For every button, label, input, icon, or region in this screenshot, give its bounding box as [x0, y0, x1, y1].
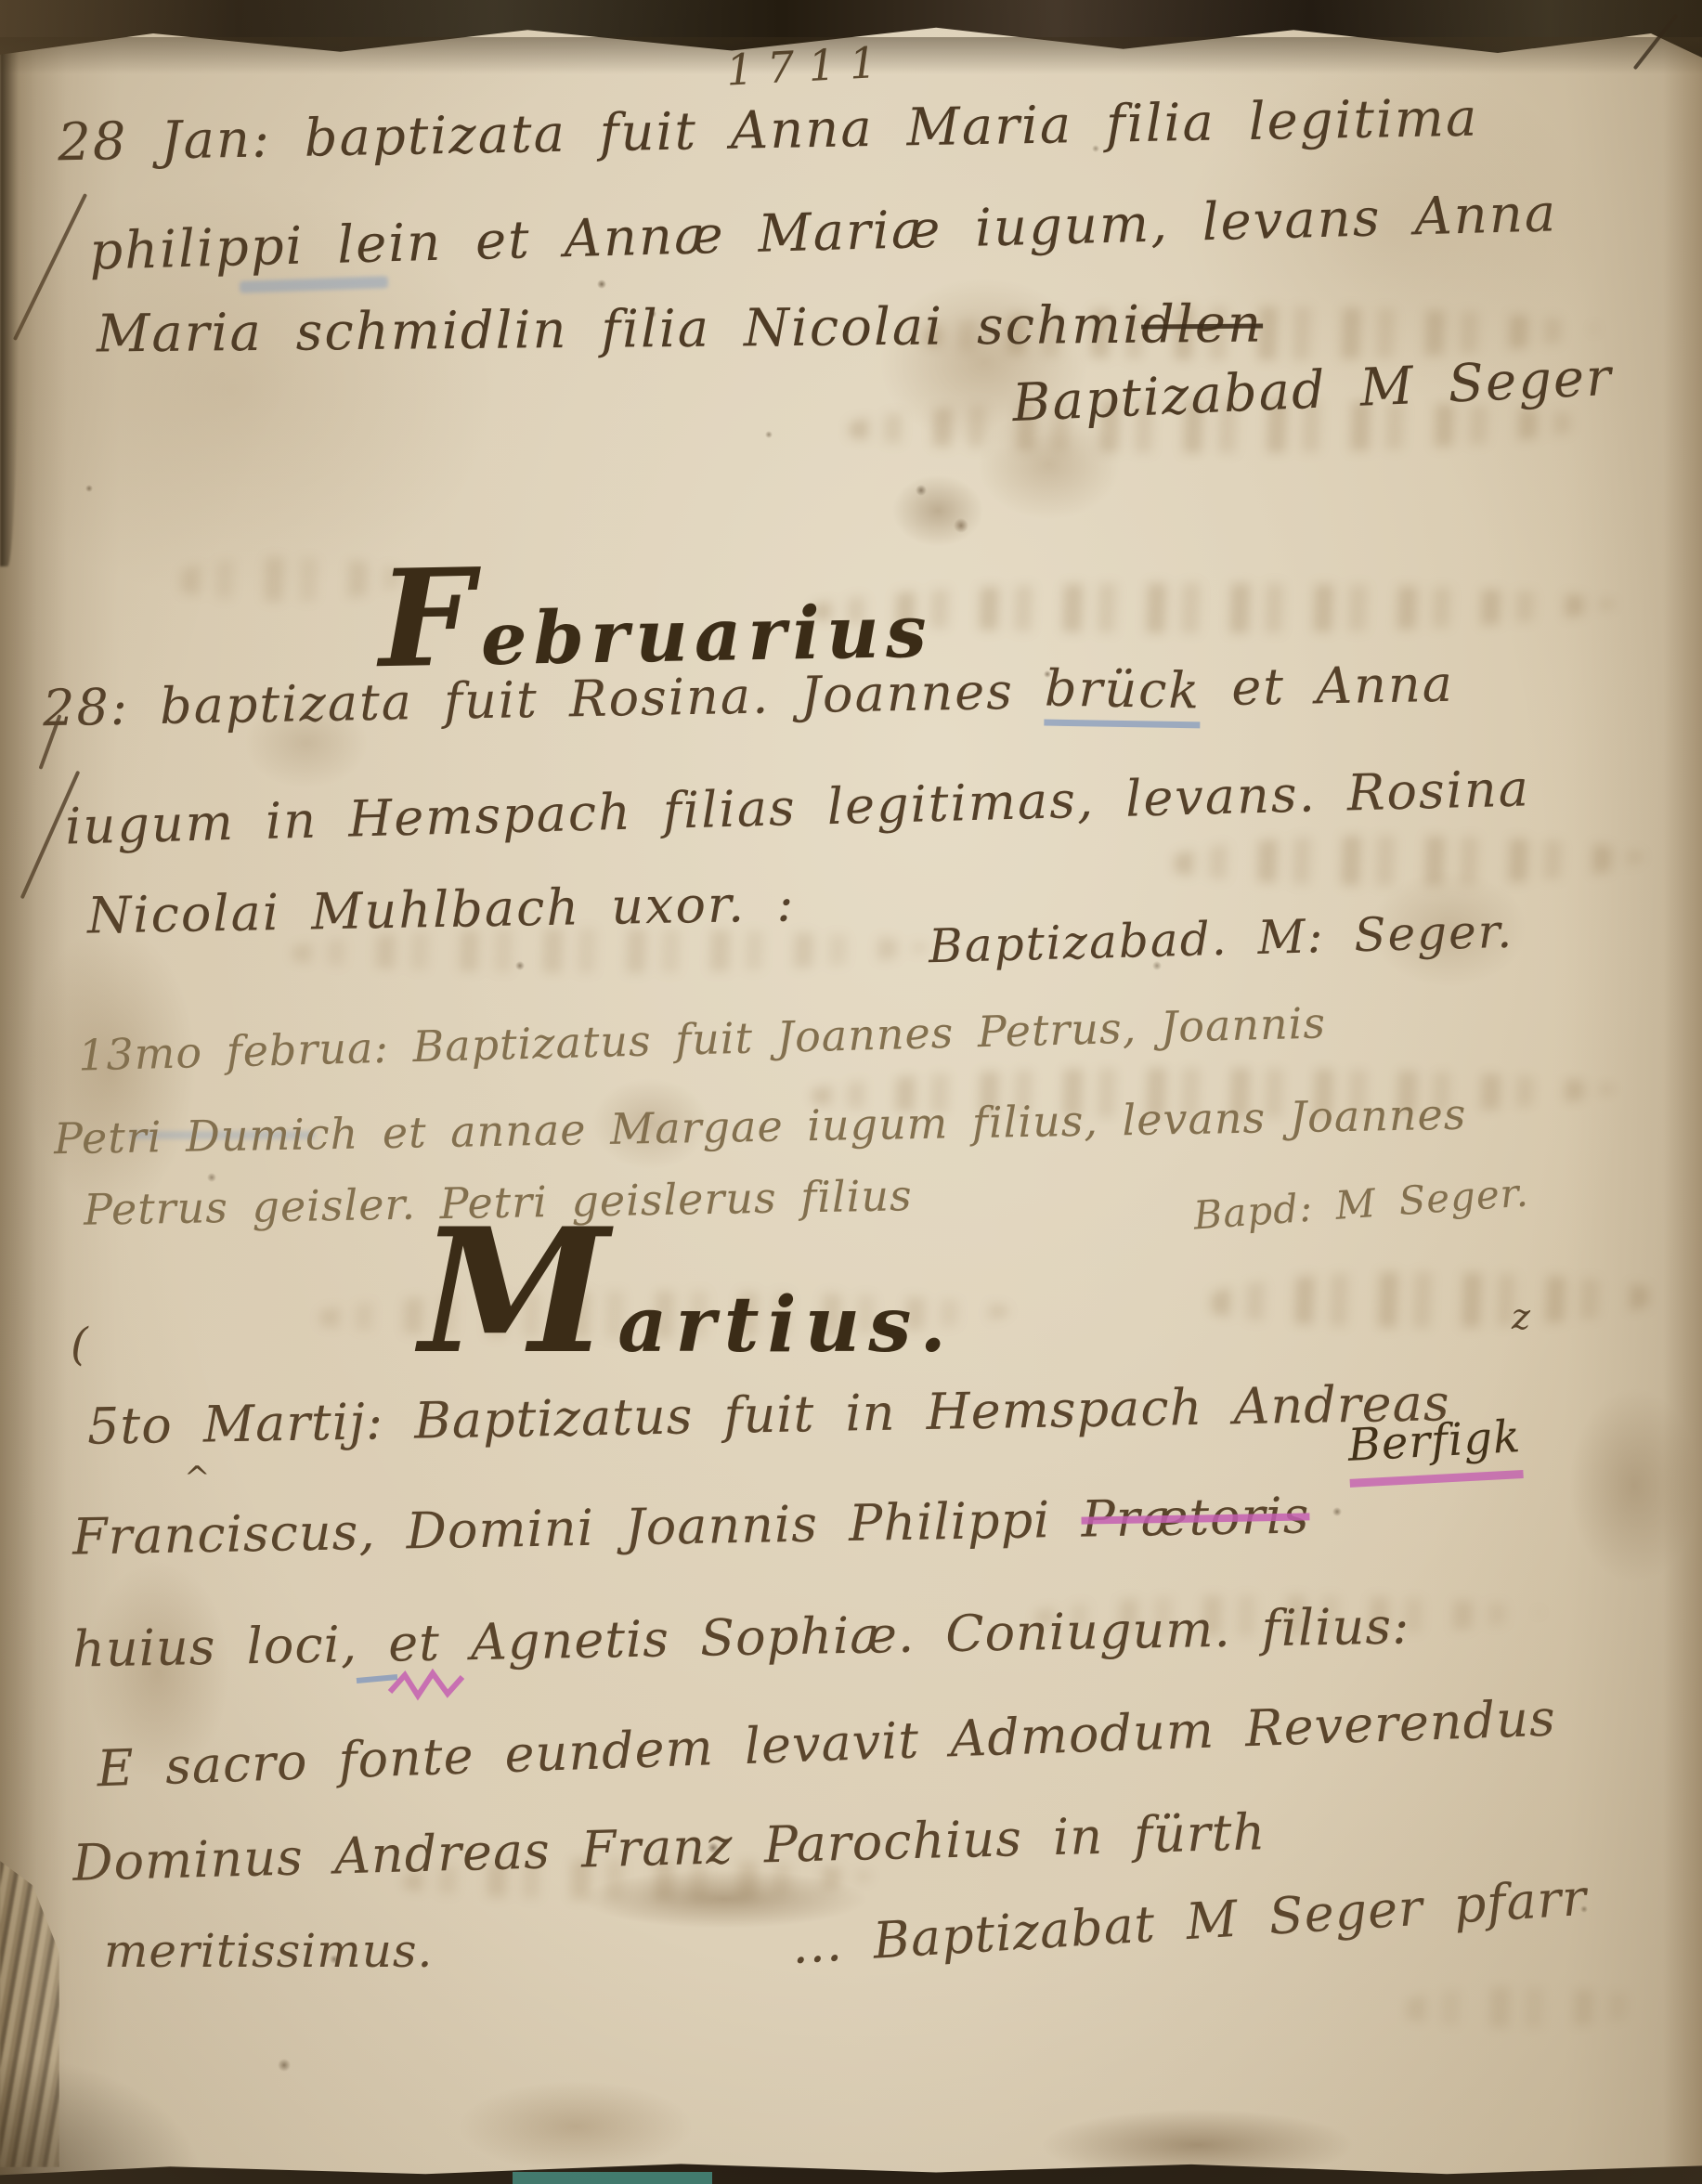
manuscript-page: 1711 28 Jan: baptizata fuit Anna Maria f… [0, 0, 1702, 2184]
entry-mar5-insert-caret: ^ [184, 1460, 212, 1497]
entry-mar5-open-mark: ( [71, 1319, 89, 1371]
right-edge-shade [1663, 0, 1702, 2184]
entry-mar5-line2-start: Franciscus, Domini Joannis Philippi [72, 1490, 1083, 1566]
entry-mar5-line1: 5to Martij: Baptizatus fuit in Hemspach … [87, 1373, 1450, 1456]
entry-mar5-line6: meritissimus. [104, 1924, 433, 1978]
entry-feb13-line2: Petri Dumich et annae Margae iugum filiu… [54, 1089, 1467, 1164]
entry-jan28-line1: 28 Jan: baptizata fuit Anna Maria filia … [58, 88, 1479, 174]
binding-bottom-edge [0, 2162, 1702, 2184]
entry-mar5-line2: Franciscus, Domini Joannis Philippi Præt… [72, 1486, 1310, 1566]
bleedthrough-text [1393, 1987, 1653, 2028]
entry-mar5-line4: E sacro fonte eundem levavit Admodum Rev… [96, 1689, 1556, 1799]
entry-mar5-signature-dots: ... [790, 1914, 844, 1975]
entry-mar5-signature-text: Baptizabat M Seger pfarr [871, 1868, 1588, 1970]
binding-top-shadow [0, 37, 1702, 74]
bleedthrough-text [1198, 1272, 1662, 1328]
entry-jan28-line3: Maria schmidlin filia Nicolai schmidlen [97, 294, 1264, 365]
entry-mar5-inserted-name: Berfigk [1346, 1410, 1523, 1488]
pink-wavy-annotation [355, 1668, 503, 1705]
entry-mar5-signature: ... Baptizabat M Seger pfarr [790, 1868, 1589, 1975]
entry-jan28-struck-word: dlen [1141, 294, 1264, 356]
entry-feb28-line1: 28: baptizata fuit Rosina. Joannes brück… [42, 655, 1454, 747]
entry-feb28-signature: Baptizabad. M: Seger. [928, 904, 1514, 973]
bleedthrough-text [167, 557, 409, 602]
entry-mar5-line3: huius loci, et Agnetis Sophiæ. Coniugum.… [72, 1596, 1410, 1678]
entry-jan28-line2: philippi lein et Annæ Mariæ iugum, levan… [88, 183, 1558, 281]
entry-jan28-line3-text: Maria schmidlin filia Nicolai schmi [97, 295, 1142, 365]
bottom-left-corner-shadow [0, 2054, 204, 2184]
entry-feb28-line1-start: 28: baptizata fuit Rosina. Joannes [42, 661, 1045, 737]
blue-annotation-smudge [240, 276, 388, 293]
entry-feb28-line1-end: et Anna [1201, 655, 1455, 718]
entry-mar5-struck-word: Prætoris [1081, 1486, 1310, 1548]
bottom-teal-strip [513, 2172, 712, 2184]
entry-feb28-line3: Nicolai Muhlbach uxor. : [87, 874, 796, 944]
month-header-march: Martius. [420, 1190, 955, 1392]
entry-feb13-signature: Bapd: M Seger. [1192, 1169, 1530, 1238]
entry-mar5-superscript: z [1512, 1296, 1531, 1337]
bleedthrough-text [1161, 836, 1644, 886]
entry-feb28-underlined-name: brück [1045, 659, 1202, 729]
